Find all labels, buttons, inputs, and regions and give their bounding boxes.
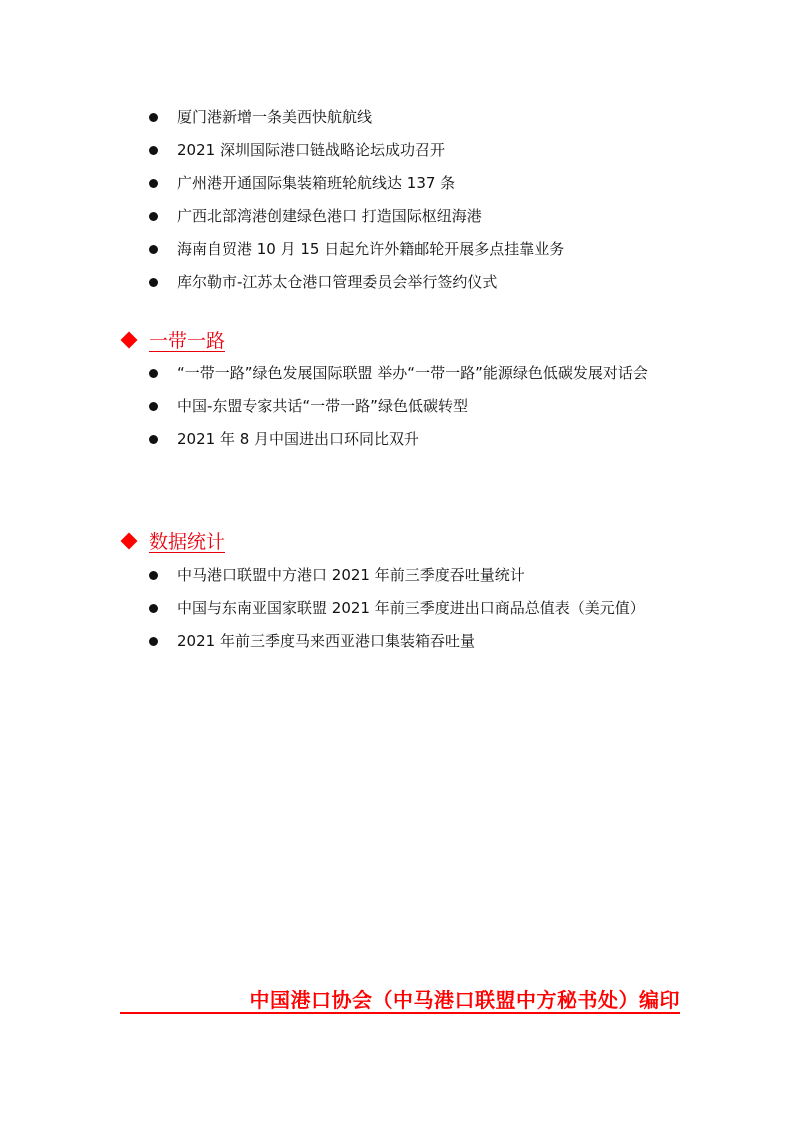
list-item: 2021 年前三季度马来西亚港口集装箱吞吐量 (0, 625, 697, 658)
bullet-icon (149, 212, 158, 221)
list-item: 中国与东南亚国家联盟 2021 年前三季度进出口商品总值表（美元值） (0, 592, 697, 625)
diamond-icon (121, 331, 138, 348)
publisher-label: 中国港口协会（中马港口联盟中方秘书处）编印 (250, 984, 681, 1013)
diamond-icon (121, 532, 138, 549)
port-news-list: 厦门港新增一条美西快航航线 2021 深圳国际港口链战略论坛成功召开 广州港开通… (0, 101, 697, 299)
list-item: 2021 年 8 月中国进出口环同比双升 (0, 423, 697, 456)
list-item: 海南自贸港 10 月 15 日起允许外籍邮轮开展多点挂靠业务 (0, 233, 697, 266)
bullet-icon (149, 402, 158, 411)
news-title[interactable]: 2021 深圳国际港口链战略论坛成功召开 (177, 141, 445, 159)
footer-divider (120, 1012, 680, 1014)
bullet-icon (149, 604, 158, 613)
list-item: 厦门港新增一条美西快航航线 (0, 101, 697, 134)
statistics-list: 中马港口联盟中方港口 2021 年前三季度吞吐量统计 中国与东南亚国家联盟 20… (0, 559, 697, 658)
section-title[interactable]: 数据统计 (149, 527, 225, 554)
news-title[interactable]: 中国与东南亚国家联盟 2021 年前三季度进出口商品总值表（美元值） (177, 599, 645, 617)
news-title[interactable]: 广州港开通国际集装箱班轮航线达 137 条 (177, 174, 455, 192)
bullet-icon (149, 245, 158, 254)
bullet-icon (149, 571, 158, 580)
news-title[interactable]: 2021 年 8 月中国进出口环同比双升 (177, 430, 419, 448)
section-header-statistics: 数据统计 (121, 527, 225, 554)
news-title[interactable]: 2021 年前三季度马来西亚港口集装箱吞吐量 (177, 632, 475, 650)
bullet-icon (149, 369, 158, 378)
list-item: 中国-东盟专家共话“一带一路”绿色低碳转型 (0, 390, 697, 423)
bullet-icon (149, 435, 158, 444)
belt-road-list: “一带一路”绿色发展国际联盟 举办“一带一路”能源绿色低碳发展对话会 中国-东盟… (0, 357, 697, 456)
news-title[interactable]: “一带一路”绿色发展国际联盟 举办“一带一路”能源绿色低碳发展对话会 (177, 364, 648, 382)
news-title[interactable]: 中国-东盟专家共话“一带一路”绿色低碳转型 (177, 397, 468, 415)
list-item: 2021 深圳国际港口链战略论坛成功召开 (0, 134, 697, 167)
list-item: 库尔勒市-江苏太仓港口管理委员会举行签约仪式 (0, 266, 697, 299)
section-header-belt-road: 一带一路 (121, 326, 225, 353)
news-title[interactable]: 中马港口联盟中方港口 2021 年前三季度吞吐量统计 (177, 566, 525, 584)
news-title[interactable]: 海南自贸港 10 月 15 日起允许外籍邮轮开展多点挂靠业务 (177, 240, 564, 258)
list-item: 中马港口联盟中方港口 2021 年前三季度吞吐量统计 (0, 559, 697, 592)
bullet-icon (149, 113, 158, 122)
footer: 中国港口协会（中马港口联盟中方秘书处）编印 (120, 984, 680, 1016)
news-title[interactable]: 广西北部湾港创建绿色港口 打造国际枢纽海港 (177, 207, 482, 225)
list-item: “一带一路”绿色发展国际联盟 举办“一带一路”能源绿色低碳发展对话会 (0, 357, 697, 390)
news-title[interactable]: 厦门港新增一条美西快航航线 (177, 108, 372, 126)
bullet-icon (149, 146, 158, 155)
section-title[interactable]: 一带一路 (149, 326, 225, 353)
bullet-icon (149, 278, 158, 287)
list-item: 广州港开通国际集装箱班轮航线达 137 条 (0, 167, 697, 200)
bullet-icon (149, 179, 158, 188)
bullet-icon (149, 637, 158, 646)
list-item: 广西北部湾港创建绿色港口 打造国际枢纽海港 (0, 200, 697, 233)
news-title[interactable]: 库尔勒市-江苏太仓港口管理委员会举行签约仪式 (177, 273, 497, 291)
